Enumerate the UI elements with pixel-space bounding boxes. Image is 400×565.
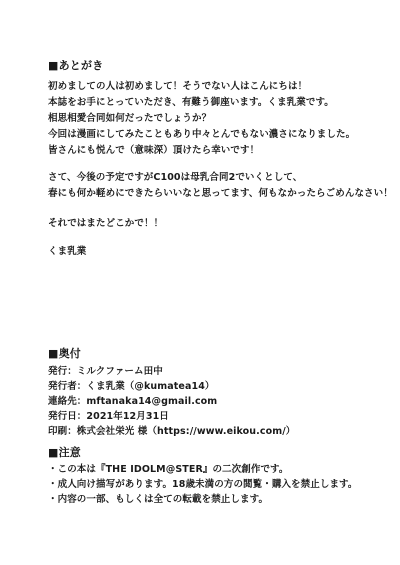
afterword-intro-line: 相思相愛合同如何だったでしょうか？ xyxy=(48,111,388,127)
afterword-colophon-page: ■あとがき 初めましての人は初めまして！そうでない人はこんにちは！ 本誌をお手に… xyxy=(0,0,400,565)
afterword-intro-line: 今回は漫画にしてみたこともあり中々とんでもない濃さになりました。 xyxy=(48,127,388,143)
colophon-printer: 印刷：株式会社栄光 様（https://www.eikou.com/） xyxy=(48,424,388,439)
notice-list: ・この本は『THE IDOLM@STER』の二次創作です。 ・成人向け描写があり… xyxy=(48,462,388,507)
afterword-plans-paragraph: さて、今後の予定ですがC100は母乳合同2でいくとして、 春にも何か軽めにできた… xyxy=(48,170,388,202)
afterword-closing: それではまたどこかで！！ xyxy=(48,216,388,232)
notice-item-no-reproduction: ・内容の一部、もしくは全ての転載を禁止します。 xyxy=(48,492,388,507)
afterword-intro-line: 本誌をお手にとっていただき、有難う御座います。くま乳業です。 xyxy=(48,95,388,111)
colophon-publication-date: 発行日：2021年12月31日 xyxy=(48,409,388,424)
colophon-contact-email: 連絡先：mftanaka14@gmail.com xyxy=(48,394,388,409)
afterword-plans-line: さて、今後の予定ですがC100は母乳合同2でいくとして、 xyxy=(48,170,388,186)
colophon-publisher-circle: 発行：ミルクファーム田中 xyxy=(48,364,388,379)
notice-heading: ■注意 xyxy=(48,446,388,460)
author-signature: くま乳業 xyxy=(48,244,388,260)
afterword-heading: ■あとがき xyxy=(48,59,388,73)
notice-item-derivative-work: ・この本は『THE IDOLM@STER』の二次創作です。 xyxy=(48,462,388,477)
afterword-plans-line: 春にも何か軽めにできたらいいなと思ってます、何もなかったらごめんなさい！ xyxy=(48,186,388,202)
notice-item-adult-content: ・成人向け描写があります。18歳未満の方の閲覧・購入を禁止します。 xyxy=(48,477,388,492)
afterword-intro-line: 皆さんにも悦んで（意味深）頂けたら幸いです！ xyxy=(48,143,388,159)
afterword-intro-line: 初めましての人は初めまして！そうでない人はこんにちは！ xyxy=(48,79,388,95)
colophon-heading: ■奥付 xyxy=(48,347,388,361)
afterword-intro-paragraph: 初めましての人は初めまして！そうでない人はこんにちは！ 本誌をお手にとっていただ… xyxy=(48,79,388,159)
colophon-entries: 発行：ミルクファーム田中 発行者：くま乳業（@kumatea14） 連絡先：mf… xyxy=(48,364,388,439)
colophon-author: 発行者：くま乳業（@kumatea14） xyxy=(48,379,388,394)
